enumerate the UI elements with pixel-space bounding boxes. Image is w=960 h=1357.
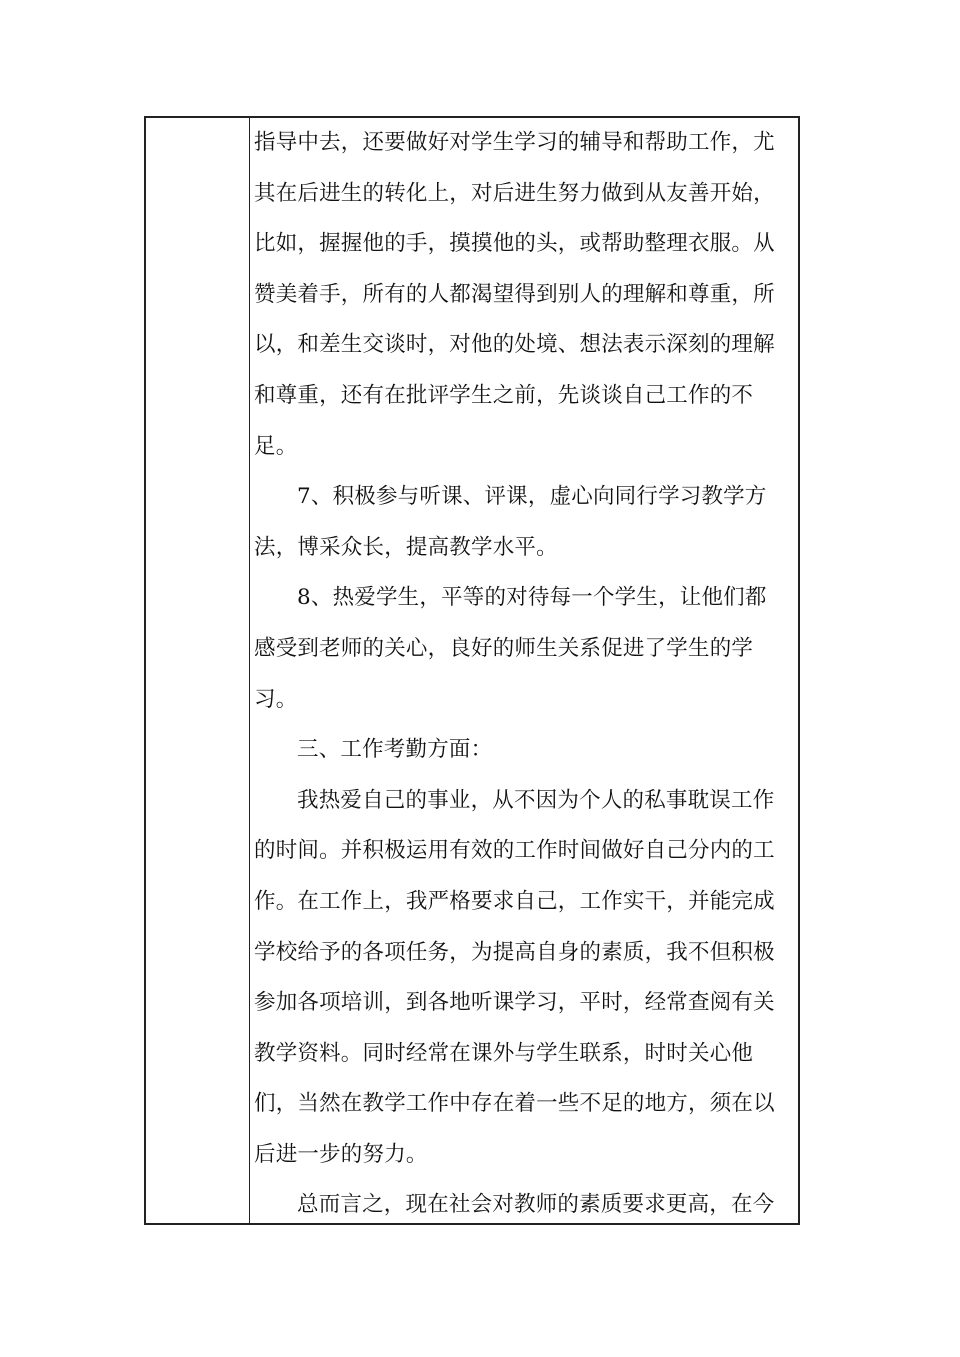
text-line: 以，和差生交谈时，对他的处境、想法表示深刻的理解	[254, 320, 794, 371]
table-label-cell	[146, 118, 250, 1223]
text-line: 法，博采众长，提高教学水平。	[254, 523, 794, 574]
text-line: 其在后进生的转化上，对后进生努力做到从友善开始，	[254, 169, 794, 220]
text-line: 赞美着手，所有的人都渴望得到别人的理解和尊重，所	[254, 270, 794, 321]
table-content-cell: 指导中去，还要做好对学生学习的辅导和帮助工作，尤 其在后进生的转化上，对后进生努…	[250, 118, 798, 1223]
text-line: 教学资料。同时经常在课外与学生联系，时时关心他	[254, 1029, 794, 1080]
text-line-indented: 8、热爱学生，平等的对待每一个学生，让他们都	[254, 573, 794, 624]
text-line: 作。在工作上，我严格要求自己，工作实干，并能完成	[254, 877, 794, 928]
text-line: 和尊重，还有在批评学生之前，先谈谈自己工作的不	[254, 371, 794, 422]
text-line: 比如，握握他的手，摸摸他的头，或帮助整理衣服。从	[254, 219, 794, 270]
text-line: 的时间。并积极运用有效的工作时间做好自己分内的工	[254, 826, 794, 877]
text-line: 后进一步的努力。	[254, 1130, 794, 1181]
text-line: 指导中去，还要做好对学生学习的辅导和帮助工作，尤	[254, 118, 794, 169]
text-line-indented: 总而言之，现在社会对教师的素质要求更高，在今	[254, 1180, 794, 1223]
text-line: 们，当然在教学工作中存在着一些不足的地方，须在以	[254, 1079, 794, 1130]
text-line: 感受到老师的关心，良好的师生关系促进了学生的学	[254, 624, 794, 675]
text-line-indented: 7、积极参与听课、评课，虚心向同行学习教学方	[254, 472, 794, 523]
text-line-indented: 我热爱自己的事业，从不因为个人的私事耽误工作	[254, 776, 794, 827]
text-line: 参加各项培训，到各地听课学习，平时，经常查阅有关	[254, 978, 794, 1029]
text-line: 习。	[254, 675, 794, 726]
text-line: 学校给予的各项任务，为提高自身的素质，我不但积极	[254, 928, 794, 979]
section-heading: 三、工作考勤方面：	[254, 725, 794, 776]
document-table: 指导中去，还要做好对学生学习的辅导和帮助工作，尤 其在后进生的转化上，对后进生努…	[144, 116, 800, 1225]
text-line: 足。	[254, 422, 794, 473]
